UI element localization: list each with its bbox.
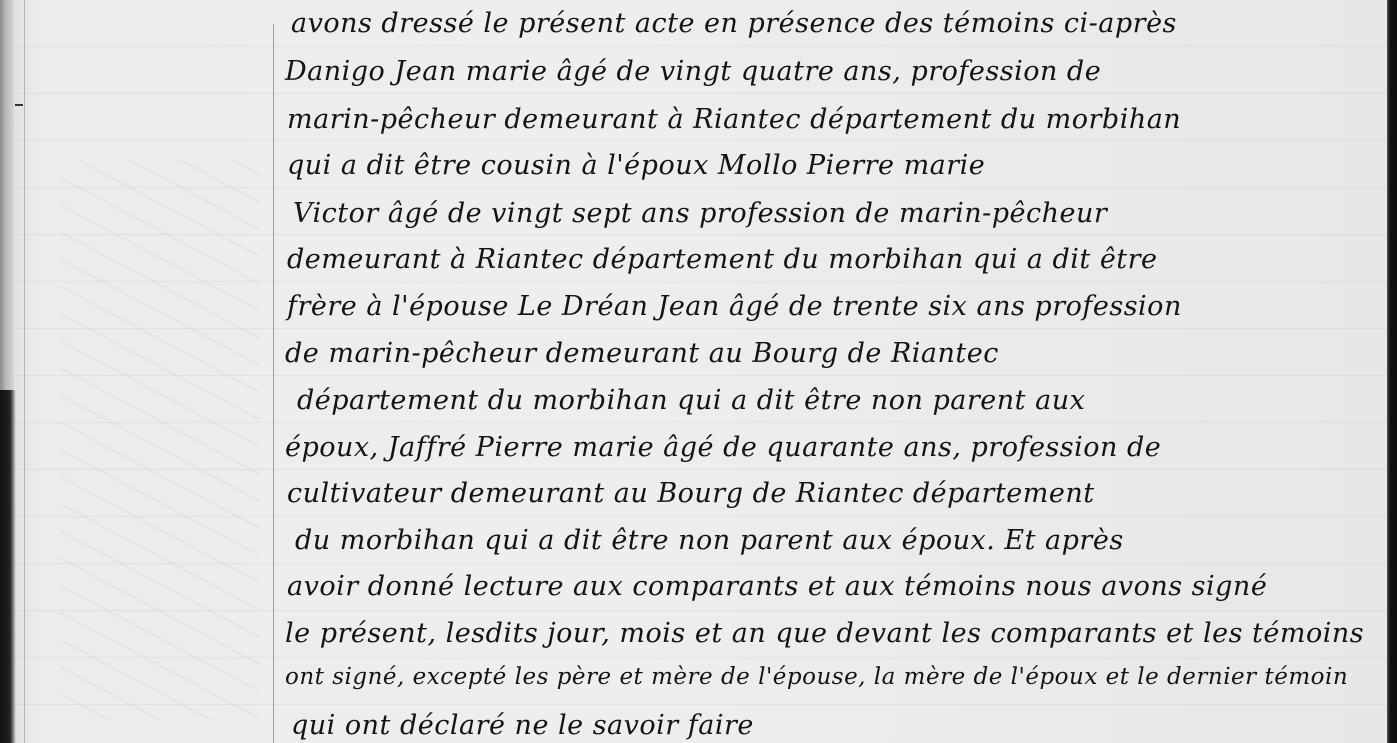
inner-margin-rule [24,0,25,743]
text-line-11: cultivateur demeurant au Bourg de Riante… [287,480,1095,507]
text-line-1: avons dressé le présent acte en présence… [291,10,1177,37]
page-binding-dark-edge [0,390,16,743]
text-line-9: département du morbihan qui a dit être n… [297,387,1085,414]
left-margin-rule [273,24,274,743]
bleed-through-strokes [60,160,260,720]
text-line-8: de marin-pêcheur demeurant au Bourg de R… [285,340,999,367]
text-line-6: demeurant à Riantec département du morbi… [287,246,1158,273]
text-line-12: du morbihan qui a dit être non parent au… [295,527,1124,554]
margin-tick-mark [15,104,23,106]
text-line-16: qui ont déclaré ne le savoir faire [291,712,754,739]
page-right-edge [1387,0,1397,743]
text-line-14: le présent, lesdits jour, mois et an que… [285,620,1364,647]
text-line-2: Danigo Jean marie âgé de vingt quatre an… [285,58,1101,85]
text-line-4: qui a dit être cousin à l'époux Mollo Pi… [287,152,985,179]
text-line-10: époux, Jaffré Pierre marie âgé de quaran… [285,434,1161,461]
text-line-5: Victor âgé de vingt sept ans profession … [293,200,1107,227]
text-line-13: avoir donné lecture aux comparants et au… [287,573,1267,600]
text-line-7: frère à l'épouse Le Dréan Jean âgé de tr… [287,293,1182,320]
register-page: avons dressé le présent acte en présence… [0,0,1397,743]
text-line-15: ont signé, excepté les père et mère de l… [285,666,1348,689]
text-line-3: marin-pêcheur demeurant à Riantec départ… [287,106,1181,133]
